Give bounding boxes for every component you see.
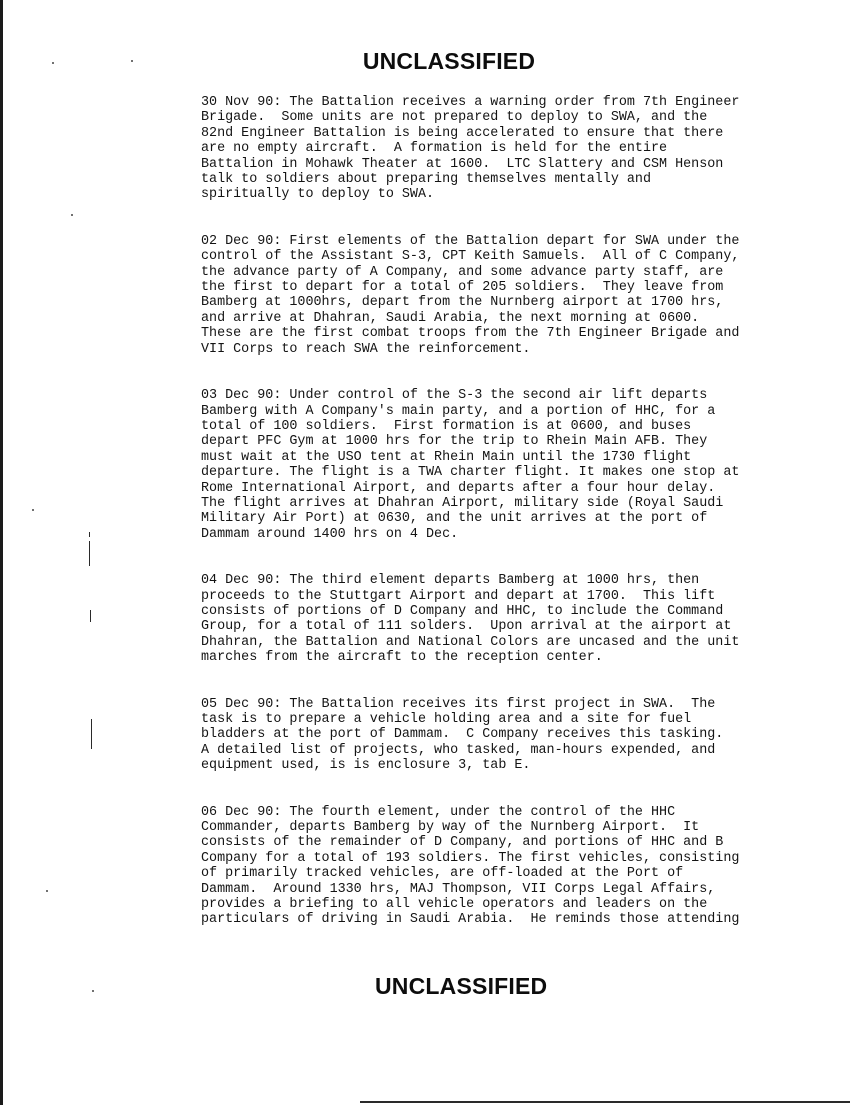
margin-mark xyxy=(91,719,92,749)
entry-02-dec-90: 02 Dec 90: First elements of the Battali… xyxy=(201,234,831,357)
entry-06-dec-90: 06 Dec 90: The fourth element, under the… xyxy=(201,805,831,928)
entry-05-dec-90: 05 Dec 90: The Battalion receives its fi… xyxy=(201,697,831,774)
entry-04-dec-90: 04 Dec 90: The third element departs Bam… xyxy=(201,573,831,665)
margin-mark xyxy=(89,541,90,566)
margin-mark xyxy=(90,610,91,622)
margin-mark xyxy=(89,532,90,537)
entry-03-dec-90: 03 Dec 90: Under control of the S-3 the … xyxy=(201,388,831,542)
entry-30-nov-90: 30 Nov 90: The Battalion receives a warn… xyxy=(201,95,831,203)
classification-header: UNCLASSIFIED xyxy=(0,48,850,75)
chronology-entries: 30 Nov 90: The Battalion receives a warn… xyxy=(201,95,831,928)
classification-footer: UNCLASSIFIED xyxy=(0,973,850,1000)
scan-speck xyxy=(32,509,34,511)
scan-left-edge xyxy=(0,0,3,1105)
scan-speck xyxy=(71,214,73,216)
page-bottom-rule xyxy=(360,1101,850,1103)
scan-speck xyxy=(46,890,48,892)
